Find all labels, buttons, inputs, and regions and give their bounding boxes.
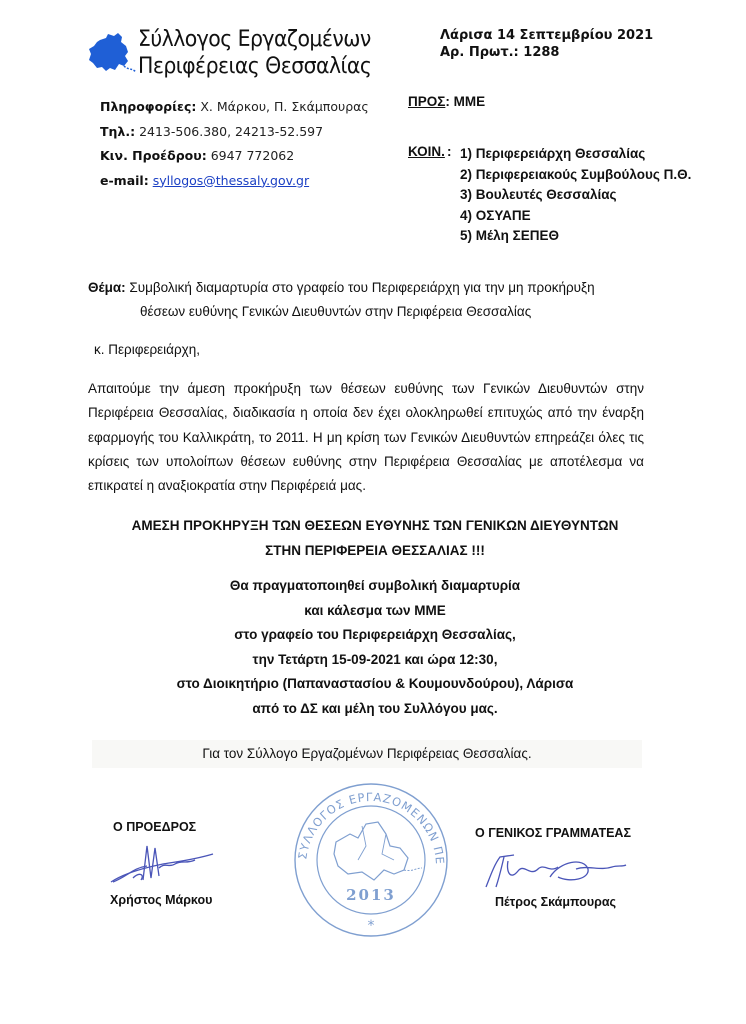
salutation: κ. Περιφερειάρχη, — [94, 342, 200, 357]
contact-info-row: Πληροφορίες: Χ. Μάρκου, Π. Σκάμπουρας — [100, 95, 369, 120]
contact-phone-row: Τηλ.: 2413-506.380, 24213-52.597 — [100, 120, 369, 145]
announcement-line: στο γραφείο του Περιφερειάρχη Θεσσαλίας, — [80, 623, 670, 648]
cc-label: ΚΟΙΝ. — [408, 144, 445, 159]
president-signature-icon — [103, 838, 223, 888]
contact-email-row: e-mail: syllogos@thessaly.gov.gr — [100, 169, 369, 194]
protocol-number: Αρ. Πρωτ.: 1288 — [440, 44, 653, 61]
sign-off: Για τον Σύλλογο Εργαζομένων Περιφέρειας … — [92, 740, 642, 768]
announcement-line: στο Διοικητήριο (Παπαναστασίου & Κουμουν… — [80, 672, 670, 697]
announcement-line: Θα πραγματοποιηθεί συμβολική διαμαρτυρία — [80, 574, 670, 599]
announcement: Θα πραγματοποιηθεί συμβολική διαμαρτυρία… — [80, 574, 670, 722]
contact-info: Πληροφορίες: Χ. Μάρκου, Π. Σκάμπουρας Τη… — [100, 95, 369, 193]
organization-name: Σύλλογος Εργαζομένων Περιφέρειας Θεσσαλί… — [138, 26, 371, 80]
secretary-name: Πέτρος Σκάμπουρας — [495, 895, 616, 909]
president-name: Χρήστος Μάρκου — [110, 893, 212, 907]
email-link[interactable]: syllogos@thessaly.gov.gr — [153, 173, 309, 188]
cc-recipient: 1) Περιφερειάρχη Θεσσαλίας — [460, 144, 746, 165]
secretary-title: Ο ΓΕΝΙΚΟΣ ΓΡΑΜΜΑΤΕΑΣ — [475, 826, 631, 840]
body-paragraph: Απαιτούμε την άμεση προκήρυξη των θέσεων… — [88, 377, 644, 498]
secretary-signature-icon — [480, 847, 630, 897]
thessaly-map-logo-icon — [88, 30, 140, 82]
svg-text:*: * — [368, 918, 375, 934]
date-protocol: Λάρισα 14 Σεπτεμβρίου 2021 Αρ. Πρωτ.: 12… — [440, 27, 653, 61]
svg-text:2013: 2013 — [346, 886, 396, 904]
cc-recipient: 4) ΟΣΥΑΠΕ — [460, 206, 746, 227]
recipient: ΠΡΟΣ: ΜΜΕ — [408, 94, 485, 109]
president-title: Ο ΠΡΟΕΔΡΟΣ — [113, 820, 196, 834]
subject: Θέμα: Συμβολική διαμαρτυρία στο γραφείο … — [88, 276, 648, 324]
cc-recipients: 1) Περιφερειάρχη Θεσσαλίας2) Περιφερειακ… — [460, 144, 746, 247]
announcement-line: από το ΔΣ και μέλη του Συλλόγου μας. — [80, 697, 670, 722]
subject-label: Θέμα: — [88, 280, 126, 295]
headline: ΑΜΕΣΗ ΠΡΟΚΗΡΥΞΗ ΤΩΝ ΘΕΣΕΩΝ ΕΥΘΥΝΗΣ ΤΩΝ Γ… — [80, 514, 670, 563]
cc-recipient: 5) Μέλη ΣΕΠΕΘ — [460, 226, 746, 247]
announcement-line: την Τετάρτη 15-09-2021 και ώρα 12:30, — [80, 648, 670, 673]
letter-date: Λάρισα 14 Σεπτεμβρίου 2021 — [440, 27, 653, 44]
cc-recipient: 3) Βουλευτές Θεσσαλίας — [460, 185, 746, 206]
association-stamp-icon: ΣΥΛΛΟΓΟΣ ΕΡΓΑΖΟΜΕΝΩΝ ΠΕΡΙΦΕΡΕΙΑΣ ΘΕΣΣΑΛΙ… — [278, 782, 464, 938]
contact-mobile-row: Κιν. Προέδρου: 6947 772062 — [100, 144, 369, 169]
cc-recipient: 2) Περιφερειακούς Συμβούλους Π.Θ. — [460, 165, 746, 186]
announcement-line: και κάλεσμα των ΜΜΕ — [80, 599, 670, 624]
